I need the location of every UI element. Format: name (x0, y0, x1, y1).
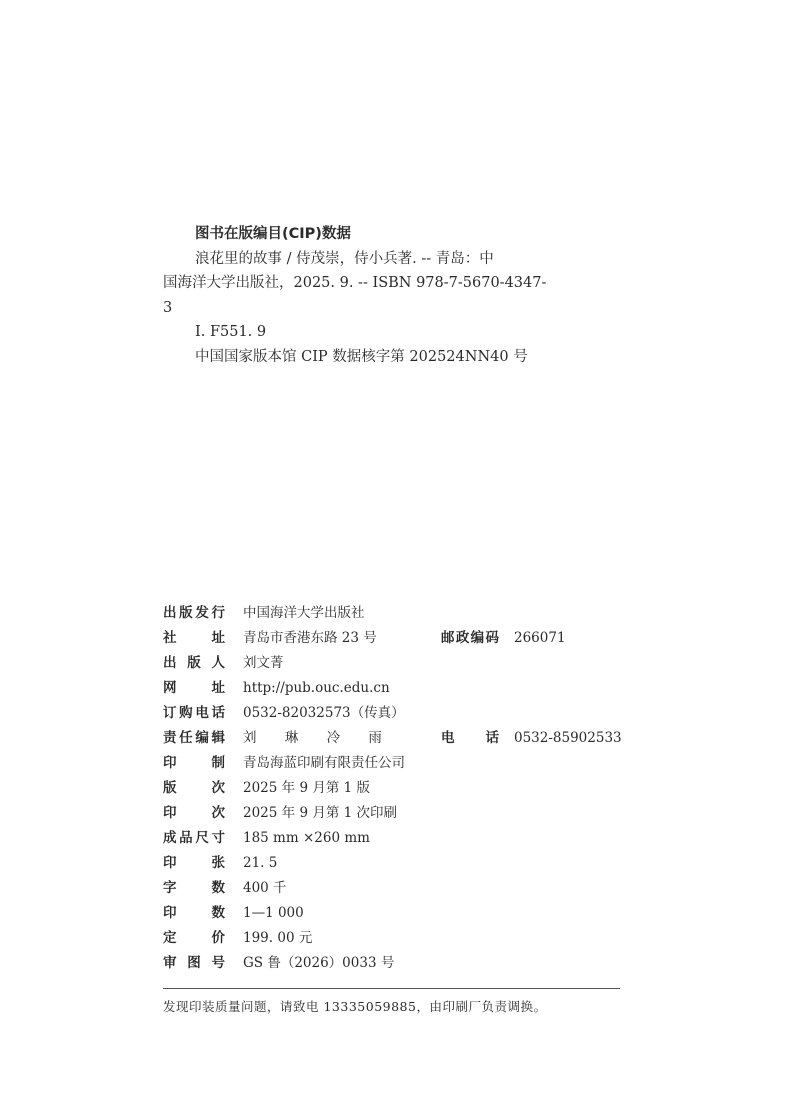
detail-value-phone: 0532-85902533 (514, 726, 622, 751)
detail-label: 出版人 (163, 651, 225, 676)
detail-row-map-approval: 审图号 GS 鲁（2026）0033 号 (163, 951, 623, 976)
detail-label: 社址 (163, 626, 225, 651)
detail-label: 版次 (163, 776, 225, 801)
detail-row-printer: 印制 青岛海蓝印刷有限责任公司 (163, 751, 623, 776)
divider-rule (163, 988, 620, 989)
detail-value: 400 千 (243, 876, 287, 901)
cip-classification: Ⅰ. F551. 9 (163, 320, 553, 345)
detail-row-address: 社址 青岛市香港东路 23 号 邮政编码 266071 (163, 626, 623, 651)
publication-details: 出版发行 中国海洋大学出版社 社址 青岛市香港东路 23 号 邮政编码 2660… (163, 601, 623, 976)
detail-value: 0532-82032573（传真） (243, 701, 405, 726)
detail-row-publisher: 出版发行 中国海洋大学出版社 (163, 601, 623, 626)
detail-row-price: 定价 199. 00 元 (163, 926, 623, 951)
detail-label: 审图号 (163, 951, 225, 976)
cip-line-1: 浪花里的故事 / 侍茂崇，侍小兵著. -- 青岛：中 (163, 247, 553, 272)
detail-value: GS 鲁（2026）0033 号 (243, 951, 394, 976)
detail-value: 青岛海蓝印刷有限责任公司 (243, 751, 405, 776)
detail-label: 印次 (163, 801, 225, 826)
detail-label: 责任编辑 (163, 726, 225, 751)
detail-label: 印数 (163, 901, 225, 926)
detail-row-order-phone: 订购电话 0532-82032573（传真） (163, 701, 623, 726)
detail-label: 网址 (163, 676, 225, 701)
detail-label: 印张 (163, 851, 225, 876)
detail-row-website: 网址 http://pub.ouc.edu.cn (163, 676, 623, 701)
detail-value: 1—1 000 (243, 901, 304, 926)
cip-block: 图书在版编目(CIP)数据 浪花里的故事 / 侍茂崇，侍小兵著. -- 青岛：中… (163, 222, 553, 370)
detail-value: 刘文菁 (243, 651, 284, 676)
detail-label: 印制 (163, 751, 225, 776)
detail-value: 21. 5 (243, 851, 277, 876)
detail-label: 成品尺寸 (163, 826, 225, 851)
detail-row-publisher-person: 出版人 刘文菁 (163, 651, 623, 676)
cip-line-2: 国海洋大学出版社，2025. 9. -- ISBN 978-7-5670-434… (163, 271, 553, 296)
detail-row-size: 成品尺寸 185 mm ×260 mm (163, 826, 623, 851)
detail-value: 刘 琳 冷 雨 (243, 726, 394, 751)
detail-label: 字数 (163, 876, 225, 901)
detail-row-sheets: 印张 21. 5 (163, 851, 623, 876)
detail-value: 青岛市香港东路 23 号 (243, 626, 377, 651)
detail-value: 中国海洋大学出版社 (243, 601, 365, 626)
detail-row-edition: 版次 2025 年 9 月第 1 版 (163, 776, 623, 801)
detail-value-postcode: 266071 (514, 626, 566, 651)
detail-row-word-count: 字数 400 千 (163, 876, 623, 901)
detail-row-editor: 责任编辑 刘 琳 冷 雨 电话 0532-85902533 (163, 726, 623, 751)
detail-row-impression: 印次 2025 年 9 月第 1 次印刷 (163, 801, 623, 826)
detail-label: 订购电话 (163, 701, 225, 726)
detail-value: 2025 年 9 月第 1 版 (243, 776, 370, 801)
detail-row-print-run: 印数 1—1 000 (163, 901, 623, 926)
detail-value: 2025 年 9 月第 1 次印刷 (243, 801, 397, 826)
detail-value: 185 mm ×260 mm (243, 826, 370, 851)
detail-label-postcode: 邮政编码 (441, 626, 499, 651)
detail-label: 出版发行 (163, 601, 225, 626)
detail-label-phone: 电话 (441, 726, 499, 751)
detail-value-url[interactable]: http://pub.ouc.edu.cn (243, 676, 390, 701)
quality-notice: 发现印装质量问题，请致电 13335059885，由印刷厂负责调换。 (163, 996, 546, 1018)
detail-value: 199. 00 元 (243, 926, 312, 951)
cip-title: 图书在版编目(CIP)数据 (163, 222, 553, 247)
cip-line-3: 3 (163, 296, 553, 321)
cip-verification: 中国国家版本馆 CIP 数据核字第 202524NN40 号 (163, 345, 553, 370)
detail-label: 定价 (163, 926, 225, 951)
